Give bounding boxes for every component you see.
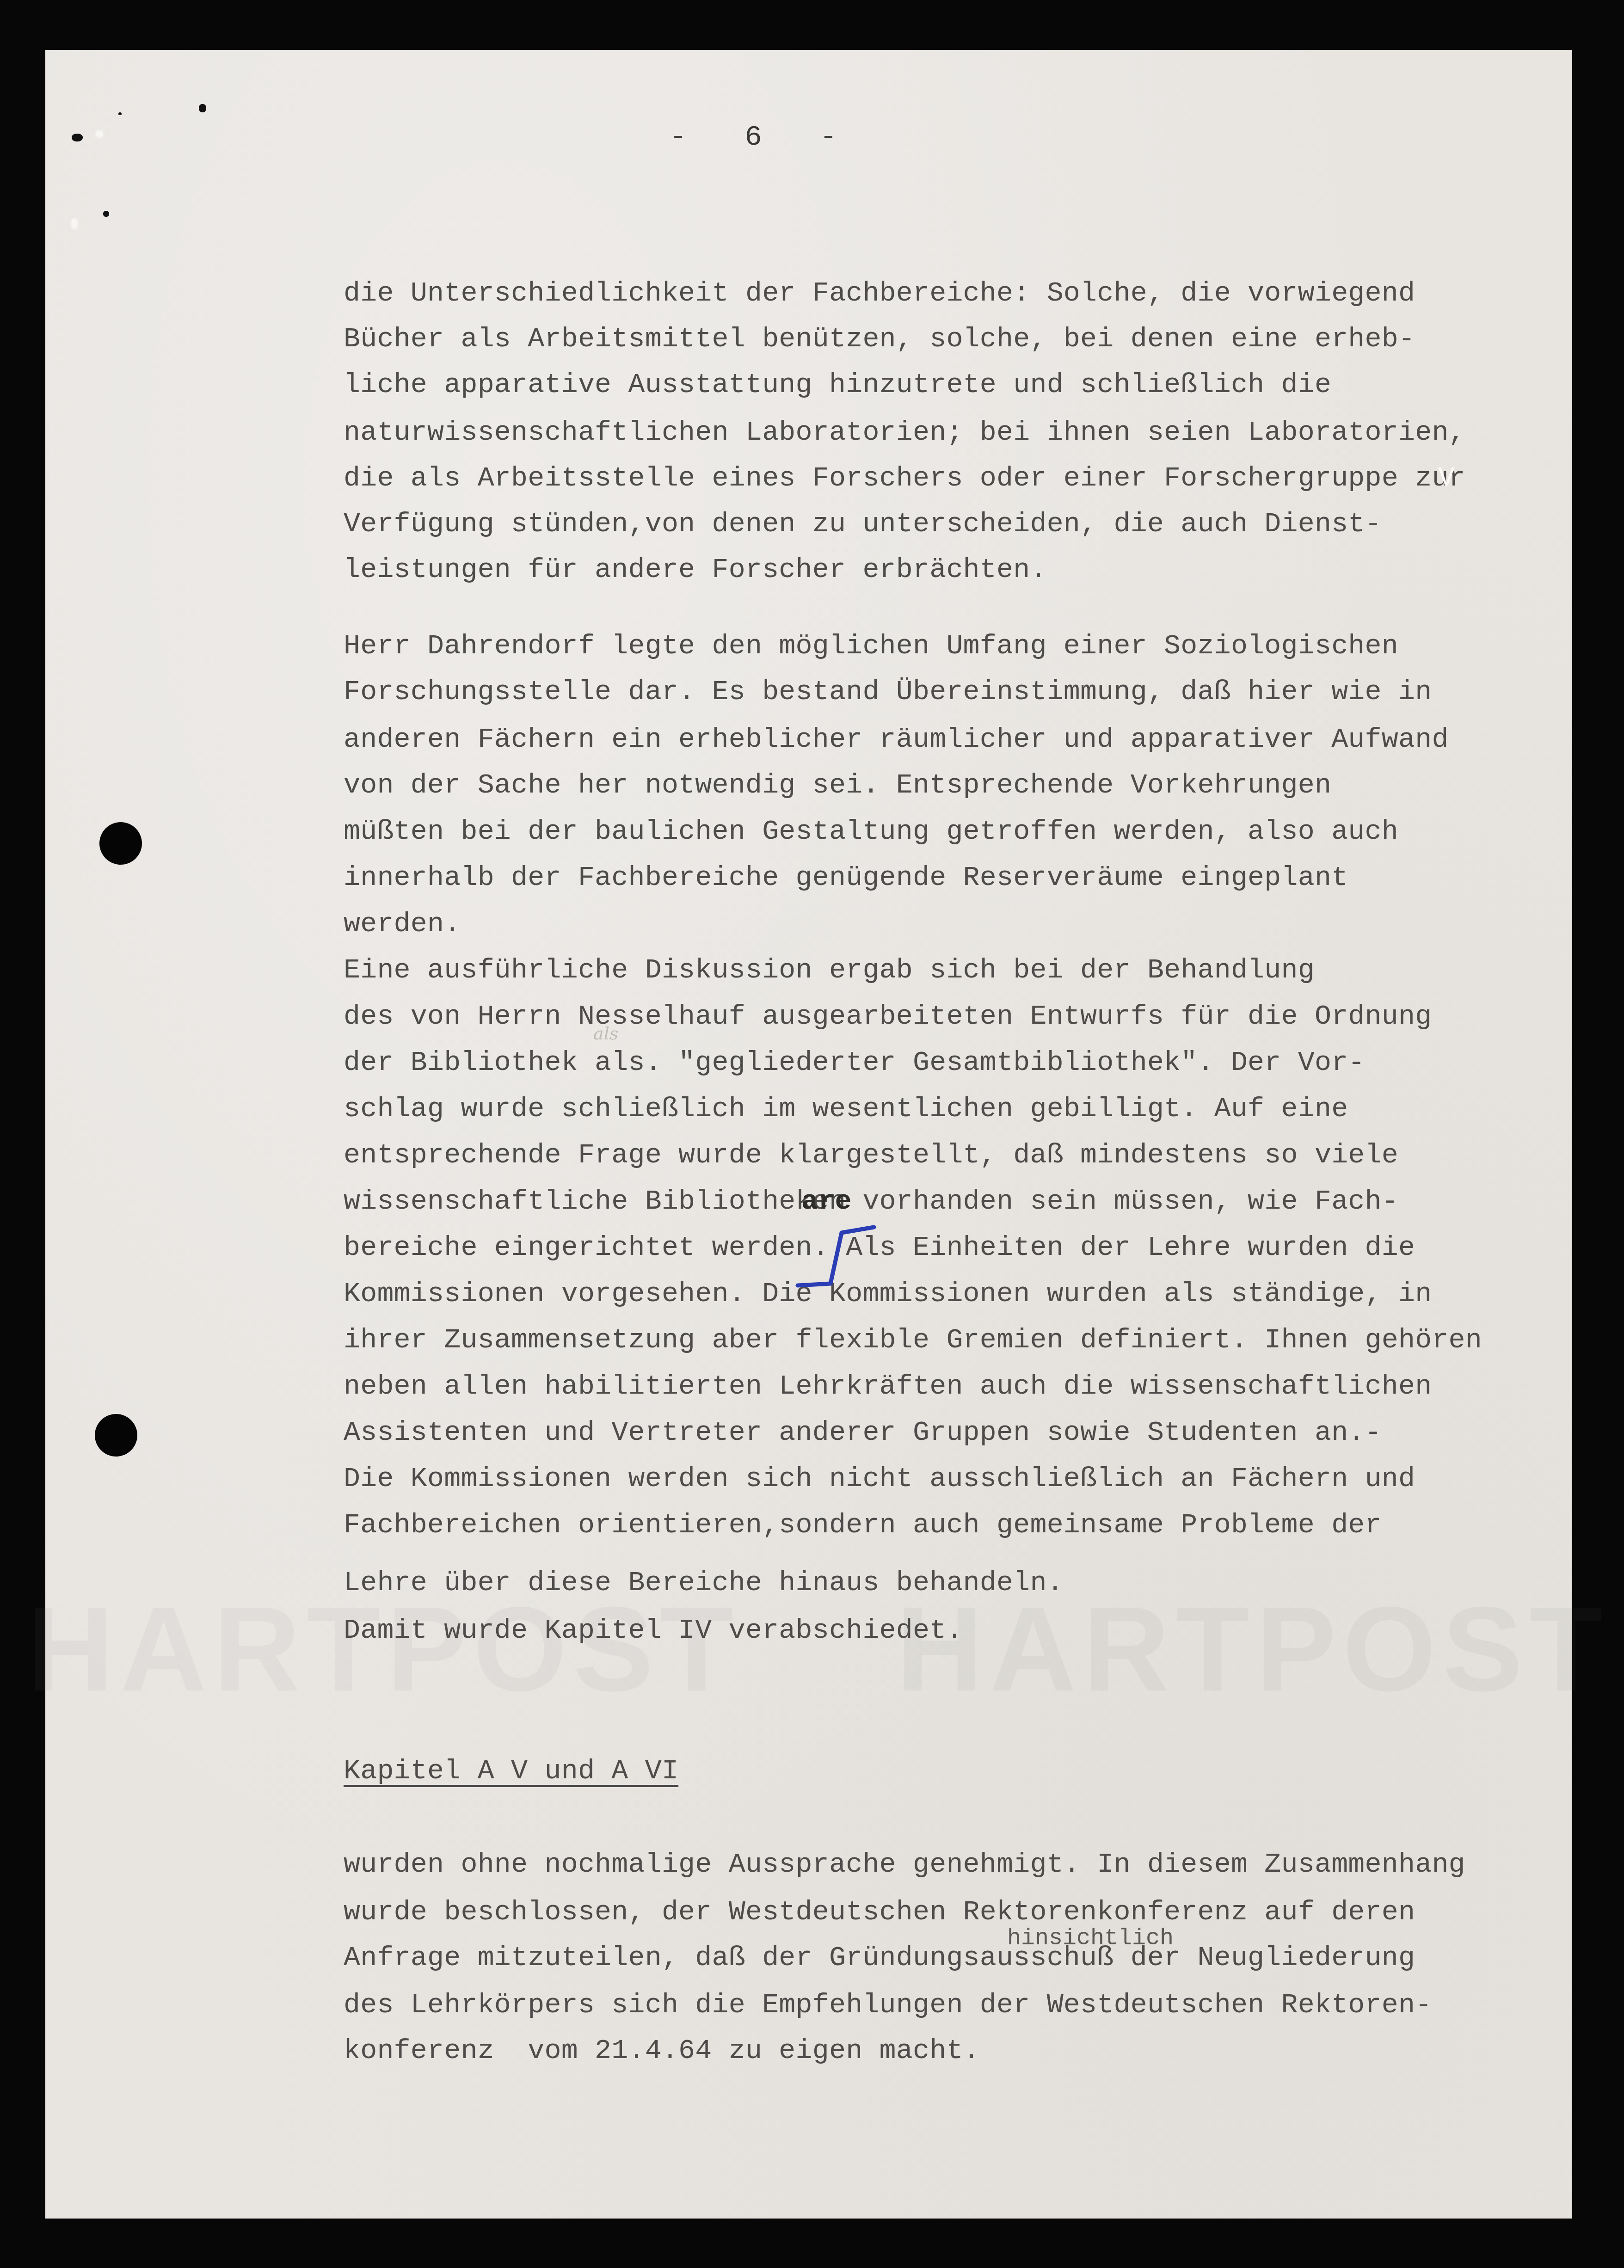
- paper-sheet: HARTPOST HARTPOST - 6 - die Unterschiedl…: [45, 50, 1572, 2219]
- text-line: wurde beschlossen, der Westdeutschen Rek…: [344, 1899, 1415, 1926]
- text-line: des Lehrkörpers sich die Empfehlungen de…: [344, 1991, 1432, 2019]
- text-line: wurden ohne nochmalige Aussprache genehm…: [344, 1851, 1465, 1879]
- text-line: Anfrage mitzuteilen, daß der Gründungsau…: [344, 1944, 1415, 1972]
- section-heading: Kapitel A V und A VI: [344, 1758, 678, 1785]
- text-line: konferenz vom 21.4.64 zu eigen macht.: [344, 2037, 980, 2065]
- paragraph-break-mark: [45, 50, 1572, 2219]
